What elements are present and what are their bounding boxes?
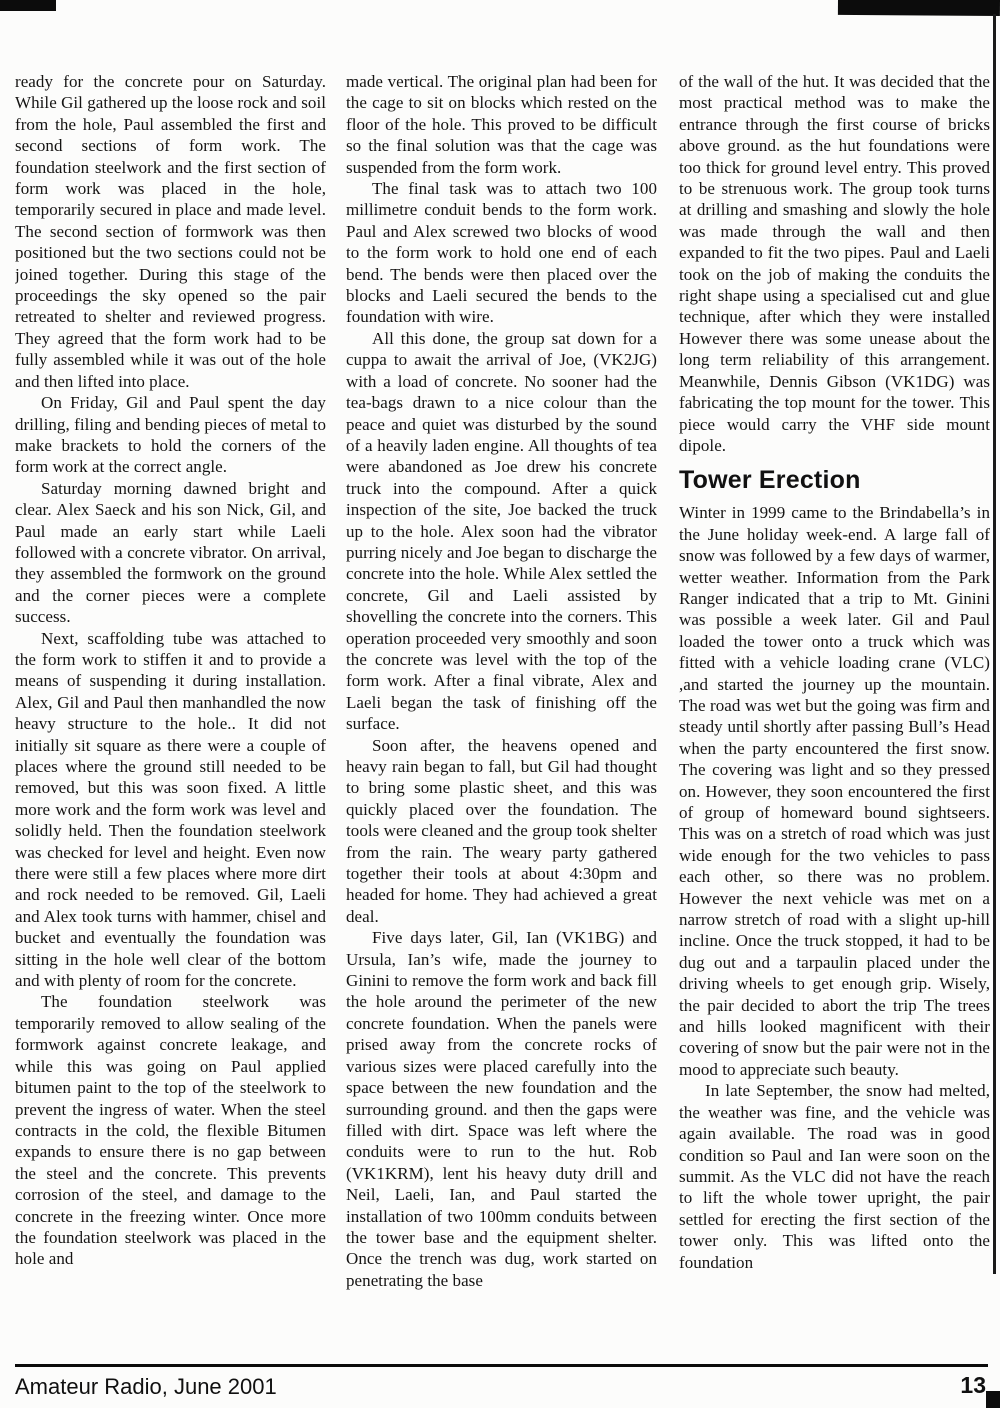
paragraph: ready for the concrete pour on Saturday.… (15, 71, 326, 392)
paragraph: made vertical. The original plan had bee… (346, 71, 657, 178)
paragraph: Winter in 1999 came to the Brindabella’s… (679, 502, 990, 1080)
footer-rule (15, 1364, 988, 1367)
scan-artifact-bottom-right (986, 1391, 1000, 1408)
magazine-page: ready for the concrete pour on Saturday.… (0, 0, 1000, 1408)
paragraph: of the wall of the hut. It was decided t… (679, 71, 990, 456)
text-column-2: made vertical. The original plan had bee… (346, 71, 657, 1291)
paragraph: Next, scaffolding tube was attached to t… (15, 628, 326, 992)
text-column-1: ready for the concrete pour on Saturday.… (15, 71, 326, 1270)
scan-artifact-top-right (838, 0, 1000, 16)
paragraph: All this done, the group sat down for a … (346, 328, 657, 735)
paragraph: Five days later, Gil, Ian (VK1BG) and Ur… (346, 927, 657, 1291)
footer-journal-title: Amateur Radio, June 2001 (15, 1374, 277, 1400)
paragraph: Saturday morning dawned bright and clear… (15, 478, 326, 628)
paragraph: In late September, the snow had melted, … (679, 1080, 990, 1273)
section-heading-tower-erection: Tower Erection (679, 466, 990, 494)
paragraph: Soon after, the heavens opened and heavy… (346, 735, 657, 928)
paragraph: On Friday, Gil and Paul spent the day dr… (15, 392, 326, 478)
scan-artifact-right-edge (993, 14, 996, 1274)
paragraph: The final task was to attach two 100 mil… (346, 178, 657, 328)
text-column-3: of the wall of the hut. It was decided t… (679, 71, 990, 1273)
paragraph: The foundation steelwork was temporarily… (15, 991, 326, 1269)
footer-page-number: 13 (960, 1372, 986, 1399)
scan-artifact-top-left (0, 0, 56, 11)
